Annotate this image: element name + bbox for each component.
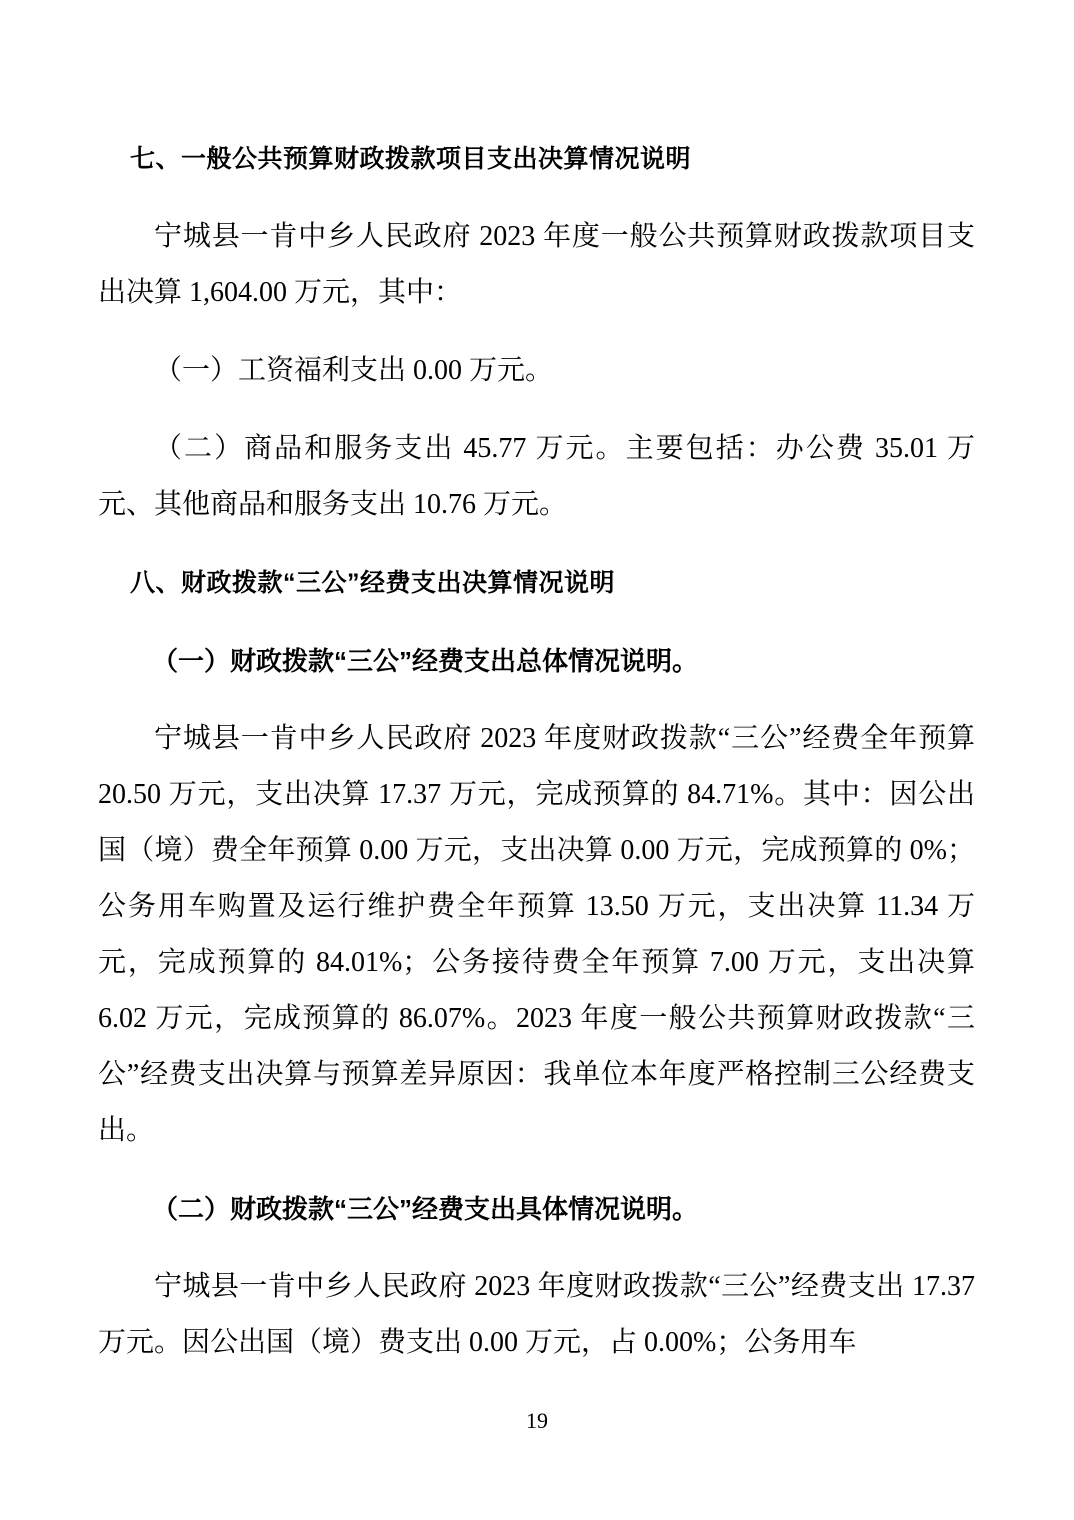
page-number: 19 xyxy=(526,1408,548,1433)
para-section-7-intro: 宁城县一肯中乡人民政府 2023 年度一般公共预算财政拨款项目支出决算 1,60… xyxy=(98,209,975,321)
subheading-section-8-1: （一）财政拨款“三公”经费支出总体情况说明。 xyxy=(98,633,975,689)
heading-section-7: 七、一般公共预算财政拨款项目支出决算情况说明 xyxy=(98,131,975,187)
para-section-7-item-2: （二）商品和服务支出 45.77 万元。主要包括：办公费 35.01 万元、其他… xyxy=(98,421,975,533)
heading-section-8: 八、财政拨款“三公”经费支出决算情况说明 xyxy=(98,555,975,611)
para-section-8-2: 宁城县一肯中乡人民政府 2023 年度财政拨款“三公”经费支出 17.37 万元… xyxy=(98,1259,975,1371)
para-section-8-1: 宁城县一肯中乡人民政府 2023 年度财政拨款“三公”经费全年预算 20.50 … xyxy=(98,711,975,1159)
document-page: 七、一般公共预算财政拨款项目支出决算情况说明 宁城县一肯中乡人民政府 2023 … xyxy=(0,0,1074,1520)
para-section-7-item-1: （一）工资福利支出 0.00 万元。 xyxy=(98,343,975,399)
subheading-section-8-2: （二）财政拨款“三公”经费支出具体情况说明。 xyxy=(98,1181,975,1237)
page-footer: 19 xyxy=(0,1408,1074,1434)
document-content: 七、一般公共预算财政拨款项目支出决算情况说明 宁城县一肯中乡人民政府 2023 … xyxy=(98,131,975,1371)
